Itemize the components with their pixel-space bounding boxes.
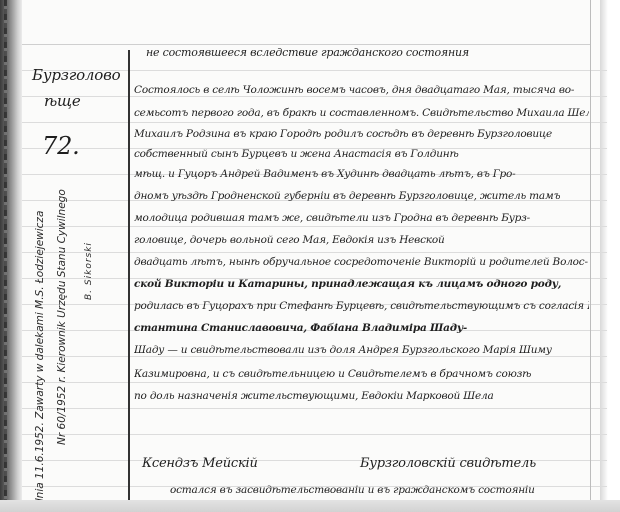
vertical-annotation-line-1: dnia 11.6.1952. Zawarty w dalekami M.S. … (34, 211, 46, 505)
ruled-line (22, 408, 607, 409)
record-line: родилась въ Гуцорахъ при Стефанѣ Бурцевѣ… (134, 300, 589, 312)
signature-2: Бурзголовскій свидѣтель (360, 456, 536, 471)
right-margin-rule (590, 0, 591, 500)
record-line: двадцать лѣтъ, нынѣ обручальное сосредот… (134, 256, 589, 268)
margin-title-line-2: ѣще (44, 92, 81, 110)
page-edge (600, 0, 620, 512)
record-line: семьсотъ первого года, въ бракѣ и состав… (134, 107, 589, 119)
closing-line: остался въ засвидѣтельствованіи и въ гра… (170, 484, 570, 496)
record-line: ской Викторіи и Катарины, принадлежащая … (134, 278, 589, 290)
record-line: Состоялось в селѣ Чоложинѣ восемъ часовъ… (134, 84, 589, 96)
ruled-line (22, 96, 607, 97)
ruled-line (22, 434, 607, 435)
signature-1: Ксендзъ Мейскій (142, 456, 258, 471)
record-line: стантина Станиславовича, Фабіана Владимі… (134, 322, 589, 334)
record-line: мѣщ. и Гуцоръ Андрей Вадименъ въ Худинѣ … (134, 168, 589, 180)
scan-bottom-edge (0, 500, 620, 512)
act-number: 72. (42, 132, 80, 160)
record-line: по доль назначенія жительствующими, Евдо… (134, 390, 589, 402)
previous-record-box (22, 0, 591, 45)
ruled-line (22, 226, 607, 227)
vertical-annotation-line-2: Nr 60/1952 r. Kierownik Urzędu Stanu Cyw… (56, 189, 68, 445)
heading-line: не состоявшееся вследствие гражданского … (146, 46, 469, 59)
record-line: Казимировна, и съ свидѣтельницею и Свидѣ… (134, 368, 589, 380)
ruled-line (22, 252, 607, 253)
margin-title-line-1: Бурзголово (32, 66, 120, 84)
book-binding (0, 0, 22, 512)
ruled-line (22, 382, 607, 383)
margin-rule (128, 50, 130, 512)
record-line: Михаилъ Родзина въ краю Городѣ родилъ со… (134, 128, 589, 140)
record-line: дномъ уѣздѣ Гродненской губерніи въ дере… (134, 190, 589, 202)
record-line: головице, дочерь вольной сего Мая, Евдок… (134, 234, 589, 246)
record-line: собственный сынъ Бурцевъ и жена Анастасі… (134, 148, 589, 160)
record-line: молодица родившая тамъ же, свидѣтели изъ… (134, 212, 589, 224)
record-line: Шаду — и свидѣтельствовали изъ доля Андр… (134, 344, 589, 356)
ruled-line (22, 122, 607, 123)
ruled-line (22, 356, 607, 357)
official-signature: B. Sikorski (84, 242, 94, 300)
